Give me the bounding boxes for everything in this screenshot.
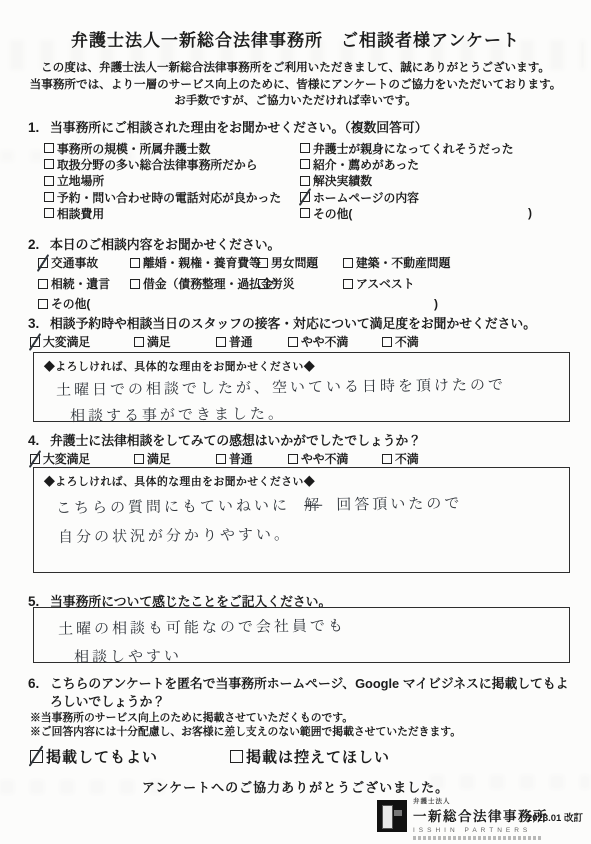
q6-option-publish-no[interactable]: 掲載は控えてほしい [230, 746, 390, 767]
checkbox-icon [216, 454, 226, 464]
q6-header-line-1: 6.こちらのアンケートを匿名で当事務所ホームページ、Google マイビジネスに… [28, 673, 568, 692]
q2-number: 2. [28, 237, 50, 252]
checkbox-label: 相続・遺言 [51, 275, 110, 292]
firm-address-fineprint [413, 836, 543, 840]
q6-number: 6. [28, 676, 50, 691]
handwriting-text: 回答頂いたので [322, 495, 462, 514]
q1-option-office-size[interactable]: 事務所の規模・所属弁護士数 [44, 140, 281, 156]
checkbox-label: 掲載してもよい [46, 746, 158, 767]
checkbox-icon [300, 159, 310, 169]
checkbox-icon [343, 258, 353, 268]
checkbox-label: アスベスト [356, 275, 415, 292]
checkbox-icon [230, 750, 243, 763]
revision-date: 2023.01 改訂 [527, 810, 583, 824]
q6-note-2: ※ご回答内容には十分配慮し、お客様に差し支えのない範囲で掲載させていただきます。 [30, 724, 461, 739]
q1-option-website[interactable]: ホームページの内容 [300, 189, 532, 205]
intro-line-2: 当事務所では、より一層のサービス向上のために、皆様にアンケートのご協力をいただい… [0, 77, 591, 94]
q2-option-asbestos[interactable]: アスベスト [343, 275, 415, 292]
q3-options: 大変満足 満足 普通 やや不満 不満 [30, 333, 419, 350]
checkbox-icon [258, 258, 268, 268]
q4-option-very-satisfied[interactable]: 大変満足 [30, 450, 134, 467]
firm-company-type: 弁護士法人 [413, 796, 548, 805]
q3-header: 3.相談予約時や相談当日のスタッフの接客・対応について満足度をお聞かせください。 [28, 313, 536, 332]
checkbox-icon [30, 750, 43, 763]
checkbox-label: 大変満足 [43, 333, 90, 350]
q5-comment-box[interactable]: 土曜の相談も可能なので会社員でも 相談しやすい [33, 607, 570, 663]
q2-option-relationship[interactable]: 男女問題 [258, 254, 318, 271]
checkbox-label: 解決実績数 [313, 172, 372, 189]
q3-option-neutral[interactable]: 普通 [216, 333, 288, 350]
q3-handwriting-line-1: 土曜日での相談でしたが、空いている日時を頂けたので [56, 373, 559, 400]
checkbox-label: 交通事故 [51, 254, 98, 271]
checkbox-icon [44, 176, 54, 186]
checkbox-label: 男女問題 [271, 254, 318, 271]
q3-number: 3. [28, 316, 50, 331]
checkbox-label: 離婚・親権・養育費等 [143, 254, 261, 271]
q4-number: 4. [28, 433, 50, 448]
checkbox-icon [44, 159, 54, 169]
checkbox-icon [300, 208, 310, 218]
q3-comment-prompt: ◆よろしければ、具体的な理由をお聞かせください◆ [44, 359, 559, 374]
checkbox-icon [300, 143, 310, 153]
q3-option-somewhat-dissatisfied[interactable]: やや不満 [288, 333, 382, 350]
checkbox-label: 満足 [147, 333, 171, 350]
q4-option-satisfied[interactable]: 満足 [134, 450, 216, 467]
q2-row-2: 相続・遺言 借金（債務整理・過払金） 労災 アスベスト [38, 275, 415, 292]
q2-option-traffic-accident[interactable]: 交通事故 [38, 254, 98, 271]
checkbox-icon [38, 258, 48, 268]
checkbox-icon [300, 192, 310, 202]
q2-title: 本日のご相談内容をお聞かせください。 [50, 237, 280, 252]
q4-option-somewhat-dissatisfied[interactable]: やや不満 [288, 450, 382, 467]
q4-header: 4.弁護士に法律相談をしてみての感想はいかがでしたでしょうか？ [28, 430, 421, 449]
q6-header-line-2: ろしいでしょうか？ [50, 691, 165, 710]
checkbox-icon [38, 279, 48, 289]
handwriting-struck-text: 解 [304, 497, 322, 514]
checkbox-label: 紹介・薦めがあった [313, 156, 419, 173]
handwriting-text: こちらの質問にもていねいに [56, 497, 304, 517]
checkbox-icon [216, 337, 226, 347]
q1-option-location[interactable]: 立地場所 [44, 173, 281, 189]
checkbox-icon [30, 337, 40, 347]
q1-right-column: 弁護士が親身になってくれそうだった 紹介・薦めがあった 解決実績数 ホームページ… [300, 140, 532, 221]
q3-option-dissatisfied[interactable]: 不満 [382, 333, 419, 350]
checkbox-icon [288, 454, 298, 464]
checkbox-icon [134, 454, 144, 464]
thanks-message: アンケートへのご協力ありがとうございました。 [0, 777, 591, 796]
checkbox-label: その他( [51, 295, 90, 312]
q6-option-publish-ok[interactable]: 掲載してもよい [30, 746, 230, 767]
q2-row-3: その他() [38, 295, 438, 312]
firm-logo: 弁護士法人 一新総合法律事務所 ISSHIN PARTNERS [377, 796, 548, 840]
checkbox-label: やや不満 [301, 450, 348, 467]
checkbox-label: 満足 [147, 450, 171, 467]
q4-option-dissatisfied[interactable]: 不満 [382, 450, 419, 467]
q2-row-1: 交通事故 離婚・親権・養育費等 男女問題 建築・不動産問題 [38, 254, 450, 271]
q4-comment-prompt: ◆よろしければ、具体的な理由をお聞かせください◆ [44, 474, 559, 489]
intro-line-3: お手数ですが、ご協力いただければ幸いです。 [0, 93, 591, 110]
survey-page: 弁護士法人一新総合法律事務所 ご相談者様アンケート この度は、弁護士法人一新総合… [0, 0, 591, 844]
checkbox-icon [382, 454, 392, 464]
q3-option-very-satisfied[interactable]: 大変満足 [30, 333, 134, 350]
q2-option-other[interactable]: その他() [38, 295, 438, 312]
checkbox-label: 普通 [229, 333, 253, 350]
q6-note-1: ※当事務所のサービス向上のために掲載させていただくものです。 [30, 710, 353, 725]
checkbox-icon [300, 176, 310, 186]
q1-number: 1. [28, 120, 50, 135]
checkbox-label: 事務所の規模・所属弁護士数 [57, 140, 210, 157]
q1-title: 当事務所にご相談された理由をお聞かせください。（複数回答可） [50, 120, 428, 135]
q5-handwriting-line-1: 土曜の相談も可能なので会社員でも [58, 612, 559, 639]
q3-title: 相談予約時や相談当日のスタッフの接客・対応について満足度をお聞かせください。 [50, 316, 536, 331]
checkbox-icon [38, 299, 48, 309]
q1-option-referral[interactable]: 紹介・薦めがあった [300, 156, 532, 172]
other-close-paren: ) [434, 297, 438, 311]
page-title: 弁護士法人一新総合法律事務所 ご相談者様アンケート [0, 26, 591, 51]
q6-title-line-1: こちらのアンケートを匿名で当事務所ホームページ、Google マイビジネスに掲載… [50, 676, 568, 691]
checkbox-label: やや不満 [301, 333, 348, 350]
checkbox-label: 不満 [395, 450, 419, 467]
checkbox-label: 掲載は控えてほしい [246, 746, 390, 767]
q1-option-fee[interactable]: 相談費用 [44, 205, 281, 221]
checkbox-label: 労災 [271, 275, 295, 292]
q2-option-inheritance[interactable]: 相続・遺言 [38, 275, 110, 292]
q4-handwriting-line-1: こちらの質問にもていねいに 解 回答頂いたので [56, 491, 559, 518]
checkbox-icon [44, 208, 54, 218]
q4-comment-box[interactable]: ◆よろしければ、具体的な理由をお聞かせください◆ こちらの質問にもていねいに 解… [33, 467, 570, 573]
other-close-paren: ) [528, 206, 532, 220]
q1-option-track-record[interactable]: 解決実績数 [300, 173, 532, 189]
q6-options: 掲載してもよい 掲載は控えてほしい [30, 746, 390, 767]
checkbox-icon [258, 279, 268, 289]
checkbox-icon [288, 337, 298, 347]
firm-logo-icon [377, 800, 407, 832]
checkbox-icon [130, 258, 140, 268]
checkbox-label: 大変満足 [43, 450, 90, 467]
checkbox-label: 相談費用 [57, 205, 104, 222]
checkbox-label: 不満 [395, 333, 419, 350]
q2-header: 2.本日のご相談内容をお聞かせください。 [28, 234, 280, 253]
q4-option-neutral[interactable]: 普通 [216, 450, 288, 467]
q2-option-divorce[interactable]: 離婚・親権・養育費等 [130, 254, 261, 271]
checkbox-label: その他( [313, 205, 352, 222]
q3-option-satisfied[interactable]: 満足 [134, 333, 216, 350]
checkbox-icon [134, 337, 144, 347]
checkbox-icon [130, 279, 140, 289]
q5-handwriting-line-2: 相談しやすい [74, 640, 559, 667]
q1-option-phone-response[interactable]: 予約・問い合わせ時の電話対応が良かった [44, 189, 281, 205]
checkbox-icon [30, 454, 40, 464]
checkbox-label: 立地場所 [57, 172, 104, 189]
checkbox-icon [343, 279, 353, 289]
q4-options: 大変満足 満足 普通 やや不満 不満 [30, 450, 419, 467]
q3-comment-box[interactable]: ◆よろしければ、具体的な理由をお聞かせください◆ 土曜日での相談でしたが、空いて… [33, 352, 570, 422]
checkbox-label: 予約・問い合わせ時の電話対応が良かった [57, 189, 281, 206]
q3-handwriting-line-2: 相談する事ができました。 [70, 399, 559, 426]
checkbox-label: 弁護士が親身になってくれそうだった [313, 140, 514, 157]
q1-option-other[interactable]: その他() [300, 205, 532, 221]
checkbox-icon [382, 337, 392, 347]
q1-left-column: 事務所の規模・所属弁護士数 取扱分野の多い総合法律事務所だから 立地場所 予約・… [44, 140, 281, 221]
checkbox-icon [44, 143, 54, 153]
checkbox-label: 取扱分野の多い総合法律事務所だから [57, 156, 258, 173]
q4-title: 弁護士に法律相談をしてみての感想はいかがでしたでしょうか？ [50, 433, 421, 448]
firm-english-name: ISSHIN PARTNERS [413, 827, 548, 834]
q2-option-real-estate[interactable]: 建築・不動産問題 [343, 254, 450, 271]
checkbox-label: 建築・不動産問題 [356, 254, 450, 271]
q4-handwriting-line-2: 自分の状況が分かりやすい。 [58, 520, 559, 547]
checkbox-label: 普通 [229, 450, 253, 467]
checkbox-label: ホームページの内容 [313, 189, 419, 206]
intro-line-1: この度は、弁護士法人一新総合法律事務所をご利用いただきまして、誠にありがとうござ… [0, 60, 591, 77]
intro-text: この度は、弁護士法人一新総合法律事務所をご利用いただきまして、誠にありがとうござ… [0, 60, 591, 110]
q1-option-many-fields[interactable]: 取扱分野の多い総合法律事務所だから [44, 156, 281, 172]
q1-header: 1.当事務所にご相談された理由をお聞かせください。（複数回答可） [28, 117, 428, 136]
q1-option-lawyer-kind[interactable]: 弁護士が親身になってくれそうだった [300, 140, 532, 156]
checkbox-icon [44, 192, 54, 202]
q2-option-workers-comp[interactable]: 労災 [258, 275, 295, 292]
q6-title-line-2: ろしいでしょうか？ [50, 694, 165, 709]
